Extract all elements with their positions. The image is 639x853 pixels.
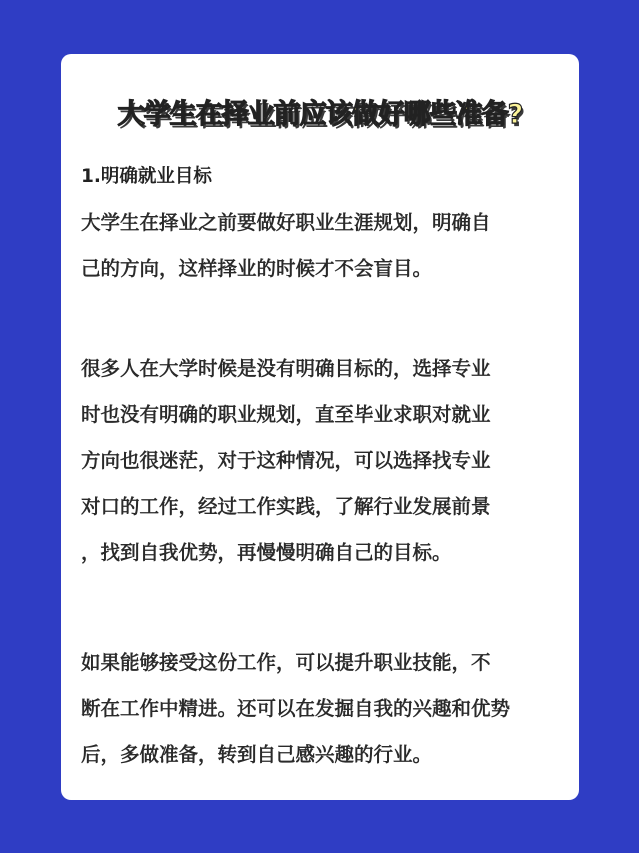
paragraph-line: 己的方向，这样择业的时候才不会盲目。	[81, 246, 571, 292]
paragraph-line: 断在工作中精进。还可以在发掘自我的兴趣和优势	[81, 686, 571, 732]
paragraph-line: 很多人在大学时候是没有明确目标的，选择专业	[81, 346, 571, 392]
paragraph-1: 大学生在择业之前要做好职业生涯规划，明确自 己的方向，这样择业的时候才不会盲目。	[81, 200, 571, 292]
paragraph-2: 很多人在大学时候是没有明确目标的，选择专业 时也没有明确的职业规划，直至毕业求职…	[81, 346, 571, 576]
section-heading: 1.明确就业目标	[81, 162, 212, 188]
paragraph-line: 对口的工作，经过工作实践，了解行业发展前景	[81, 484, 571, 530]
paragraph-line: 后，多做准备，转到自己感兴趣的行业。	[81, 732, 571, 778]
paragraph-line: 方向也很迷茫，对于这种情况，可以选择找专业	[81, 438, 571, 484]
paragraph-line: ，找到自我优势，再慢慢明确自己的目标。	[81, 530, 571, 576]
paragraph-line: 如果能够接受这份工作，可以提升职业技能，不	[81, 640, 571, 686]
page-title: 大学生在择业前应该做好哪些准备?	[61, 92, 579, 131]
paragraph-line: 时也没有明确的职业规划，直至毕业求职对就业	[81, 392, 571, 438]
paragraph-line: 大学生在择业之前要做好职业生涯规划，明确自	[81, 200, 571, 246]
content-card: 大学生在择业前应该做好哪些准备? 1.明确就业目标 大学生在择业之前要做好职业生…	[61, 54, 579, 800]
paragraph-3: 如果能够接受这份工作，可以提升职业技能，不 断在工作中精进。还可以在发掘自我的兴…	[81, 640, 571, 778]
